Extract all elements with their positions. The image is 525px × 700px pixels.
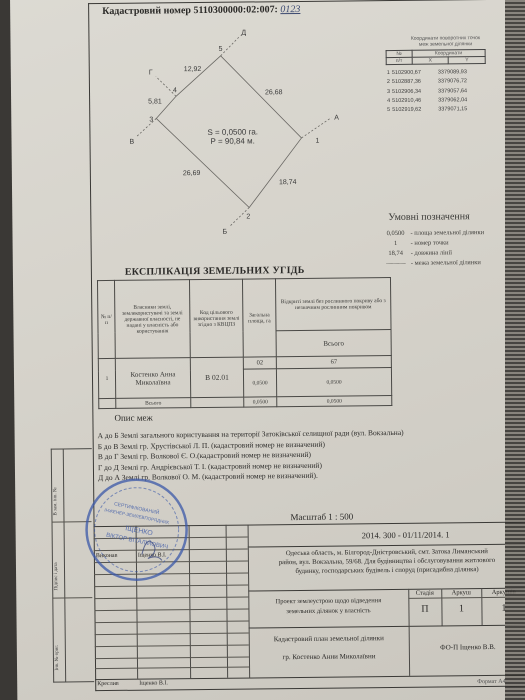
coordinates-rows: 15102900,673379089,9325102887,363379076,…	[381, 68, 511, 116]
expl-row-owner: Костенко Анна Миколаївна	[115, 358, 190, 399]
point-5-label: 5	[219, 46, 223, 53]
coords-header-x: X	[412, 57, 449, 64]
coordinate-row: 55102919,623379071,15	[381, 105, 511, 116]
scale-label: Масштаб 1 : 500	[290, 511, 353, 522]
address-block: Одеська область, м. Білгород-Дністровськ…	[248, 547, 525, 577]
marker-g: Г	[149, 70, 153, 77]
marker-b: Б	[222, 229, 227, 236]
expl-totals-open: 0,0500	[277, 396, 392, 407]
length-2-3: 26,69	[183, 170, 201, 177]
binder-edge	[505, 0, 525, 700]
marker-a: А	[334, 115, 339, 122]
length-4-5: 12,92	[184, 66, 202, 73]
point-1-label: 1	[316, 138, 320, 145]
expl-totals-total: 0,0500	[244, 397, 277, 407]
length-5-1: 26,68	[265, 89, 283, 96]
expl-area-code: 02	[243, 357, 276, 369]
drawn-label: Креслив	[97, 681, 119, 687]
side-inventory-label: Інв. № ориг.	[55, 645, 60, 671]
explication-title: ЕКСПЛІКАЦІЯ ЗЕМЕЛЬНИХ УГІДЬ	[125, 265, 305, 278]
official-stamp: СЕРТИФІКОВАНИЙ ІНЖЕНЕР-ЗЕМЛЕВПОРЯДНИК ІЩ…	[81, 474, 192, 585]
length-1-2: 18,74	[279, 179, 297, 186]
expl-header-all: Всього	[276, 330, 391, 357]
expl-header-code: Код цільового використання землі згідно …	[189, 279, 243, 358]
expl-row-no: 1	[98, 358, 115, 398]
legend-items: 0,0500- площа земельної ділянки1- номер …	[380, 228, 525, 270]
coordinates-caption-2: меж земельної ділянки	[381, 41, 511, 48]
marker-v: В	[130, 139, 135, 146]
cadastral-number-handwritten: 0123	[280, 4, 300, 15]
plan-title: Кадастровий план земельної ділянки гр. К…	[249, 629, 409, 667]
stamp-line-3: ІЩЕНКО	[125, 525, 154, 537]
expl-totals-label: Всього	[116, 398, 191, 409]
parcel-plot: 5 1 2 3 4 Д А Б В Г 12,92 26,68 18,74 26…	[110, 22, 362, 245]
expl-row-total: 0,0500	[243, 369, 276, 397]
expl-row-open: 0,0500	[276, 368, 391, 397]
marker-d: Д	[241, 30, 246, 37]
drawn-name: Іщенко В.І.	[139, 680, 168, 686]
length-3-4: 5,81	[148, 98, 162, 105]
plan-line-2: гр. Костенко Анни Миколаївни	[249, 647, 409, 667]
point-4-label: 4	[173, 87, 177, 94]
cadastral-number: Кадастровий номер 5110300000:02:007: 012…	[102, 4, 300, 17]
stage-label: Стадія	[408, 590, 441, 597]
sheet-value: 1	[441, 603, 481, 614]
stage-value: П	[408, 604, 441, 615]
plan-line-1: Кадастровий план земельної ділянки	[249, 629, 409, 649]
expl-header-open: Відкриті землі без рослинного покриву аб…	[275, 278, 391, 331]
side-signature-label: Підпис і дата	[54, 562, 59, 590]
point-2-label: 2	[246, 213, 250, 220]
expl-header-total: Загальна площа, га	[242, 279, 276, 357]
side-replace-label: В зам. інв. №	[53, 487, 58, 515]
parcel-perimeter: P = 90,84 м.	[210, 136, 254, 145]
cadastral-number-label: Кадастровий номер 5110300000:02:007:	[102, 4, 278, 17]
expl-header-owners: Власники землі, землекористувачі та земл…	[114, 280, 190, 359]
boundaries-title: Опис меж	[114, 413, 152, 423]
coords-header-y: Y	[449, 57, 486, 64]
legend: Умовні позначення 0,0500- площа земельно…	[380, 211, 525, 270]
coords-header-pp: п/т	[386, 57, 412, 64]
format-label: Формат А4	[477, 679, 505, 685]
point-3-label: 3	[149, 117, 153, 124]
expl-row-code: В 02.01	[190, 357, 243, 398]
coordinates-table: Координати поворотних точок меж земельно…	[380, 35, 511, 116]
project-title: Проект землеустрою щодо відведення земел…	[248, 596, 408, 618]
project-line-2: земельних ділянок у власність	[248, 606, 408, 618]
explication-table: № п/п Власники землі, землекористувачі т…	[97, 277, 392, 409]
document-sheet: Кадастровий номер 5110300000:02:007: 012…	[10, 0, 525, 700]
expl-header-no: № п/п	[97, 280, 115, 358]
sheet-label: Аркуш	[441, 589, 481, 596]
legend-item: ———- межа земельної ділянки	[381, 258, 525, 270]
